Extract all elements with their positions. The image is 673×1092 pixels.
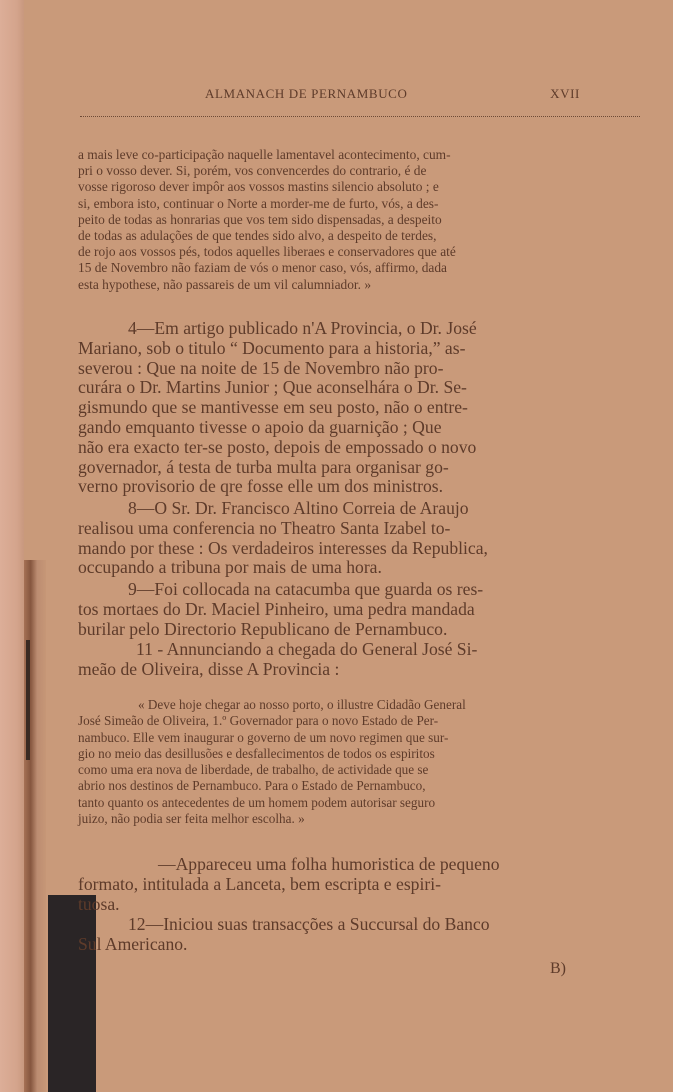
text-line: tuosa. [78,895,628,915]
text-line: tos mortaes do Dr. Maciel Pinheiro, uma … [78,600,628,620]
text-line: si, embora isto, continuar o Norte a mor… [78,196,628,212]
text-line: 15 de Novembro não faziam de vós o menor… [78,260,628,276]
text-line: Sul Americano. [78,935,628,955]
text-line: tanto quanto os antecedentes de um homem… [78,795,628,811]
text-line: juizo, não podia ser feita melhor escolh… [78,811,628,827]
entry-lanceta: —Appareceu uma folha humoristica de pequ… [78,855,628,914]
running-title: ALMANACH DE PERNAMBUCO [205,86,407,102]
text-line: meão de Oliveira, disse A Provincia : [78,660,628,680]
text-line: —Appareceu uma folha humoristica de pequ… [78,855,628,875]
text-line: peito de todas as honrarias que vos tem … [78,212,628,228]
text-line: nambuco. Elle vem inaugurar o governo de… [78,730,628,746]
text-line: José Simeão de Oliveira, 1.º Governador … [78,713,628,729]
text-line: realisou uma conferencia no Theatro Sant… [78,519,628,539]
text-line: pri o vosso dever. Si, porém, vos conven… [78,163,628,179]
text-line: gando emquanto tivesse o apoio da guarni… [78,418,628,438]
text-line: a mais leve co-participação naquelle lam… [78,147,628,163]
text-line: severou : Que na noite de 15 de Novembro… [78,359,628,379]
text-line: Mariano, sob o titulo “ Documento para a… [78,339,628,359]
text-line: 11 - Annunciando a chegada do General Jo… [78,640,628,660]
text-line: formato, intitulada a Lanceta, bem escri… [78,875,628,895]
text-line: como uma era nova de liberdade, de traba… [78,762,628,778]
text-line: governador, á testa de turba multa para … [78,458,628,478]
text-line: abrio nos destinos de Pernambuco. Para o… [78,778,628,794]
text-line: vosse rigoroso dever impôr aos vossos ma… [78,179,628,195]
text-line: burilar pelo Directorio Republicano de P… [78,620,628,640]
text-line: occupando a tribuna por mais de uma hora… [78,558,628,578]
text-line: 12—Iniciou suas transacções a Succursal … [78,915,628,935]
left-margin-strip [0,0,24,1092]
text-line: não era exacto ter-se posto, depois de e… [78,438,628,458]
text-line: mando por these : Os verdadeiros interes… [78,539,628,559]
entry-day-9: 9—Foi collocada na catacumba que guarda … [78,580,628,639]
entry-day-8: 8—O Sr. Dr. Francisco Altino Correia de … [78,499,628,578]
text-line: « Deve hoje chegar ao nosso porto, o ill… [78,697,628,713]
text-line: de todas as adulações de que tendes sido… [78,228,628,244]
header-rule [80,116,640,117]
signature-mark: B) [550,960,566,978]
entry-day-11: 11 - Annunciando a chegada do General Jo… [78,640,628,680]
text-line: esta hypothese, não passareis de um vil … [78,277,628,293]
continuation-paragraph: a mais leve co-participação naquelle lam… [78,147,628,293]
text-line: 8—O Sr. Dr. Francisco Altino Correia de … [78,499,628,519]
text-line: curára o Dr. Martins Junior ; Que aconse… [78,378,628,398]
torn-edge-dark [26,640,30,760]
entry-day-4: 4—Em artigo publicado n'A Provincia, o D… [78,319,628,497]
provincia-quote: « Deve hoje chegar ao nosso porto, o ill… [78,697,628,827]
entry-day-12: 12—Iniciou suas transacções a Succursal … [78,915,628,955]
text-line: 4—Em artigo publicado n'A Provincia, o D… [78,319,628,339]
page-number: XVII [550,86,580,102]
text-line: gio no meio das desillusões e desfalleci… [78,746,628,762]
text-line: gismundo que se mantivesse em seu posto,… [78,398,628,418]
text-line: verno provisorio de qre fosse elle um do… [78,477,628,497]
text-line: 9—Foi collocada na catacumba que guarda … [78,580,628,600]
text-line: de rojo aos vossos pés, todos aquelles l… [78,244,628,260]
